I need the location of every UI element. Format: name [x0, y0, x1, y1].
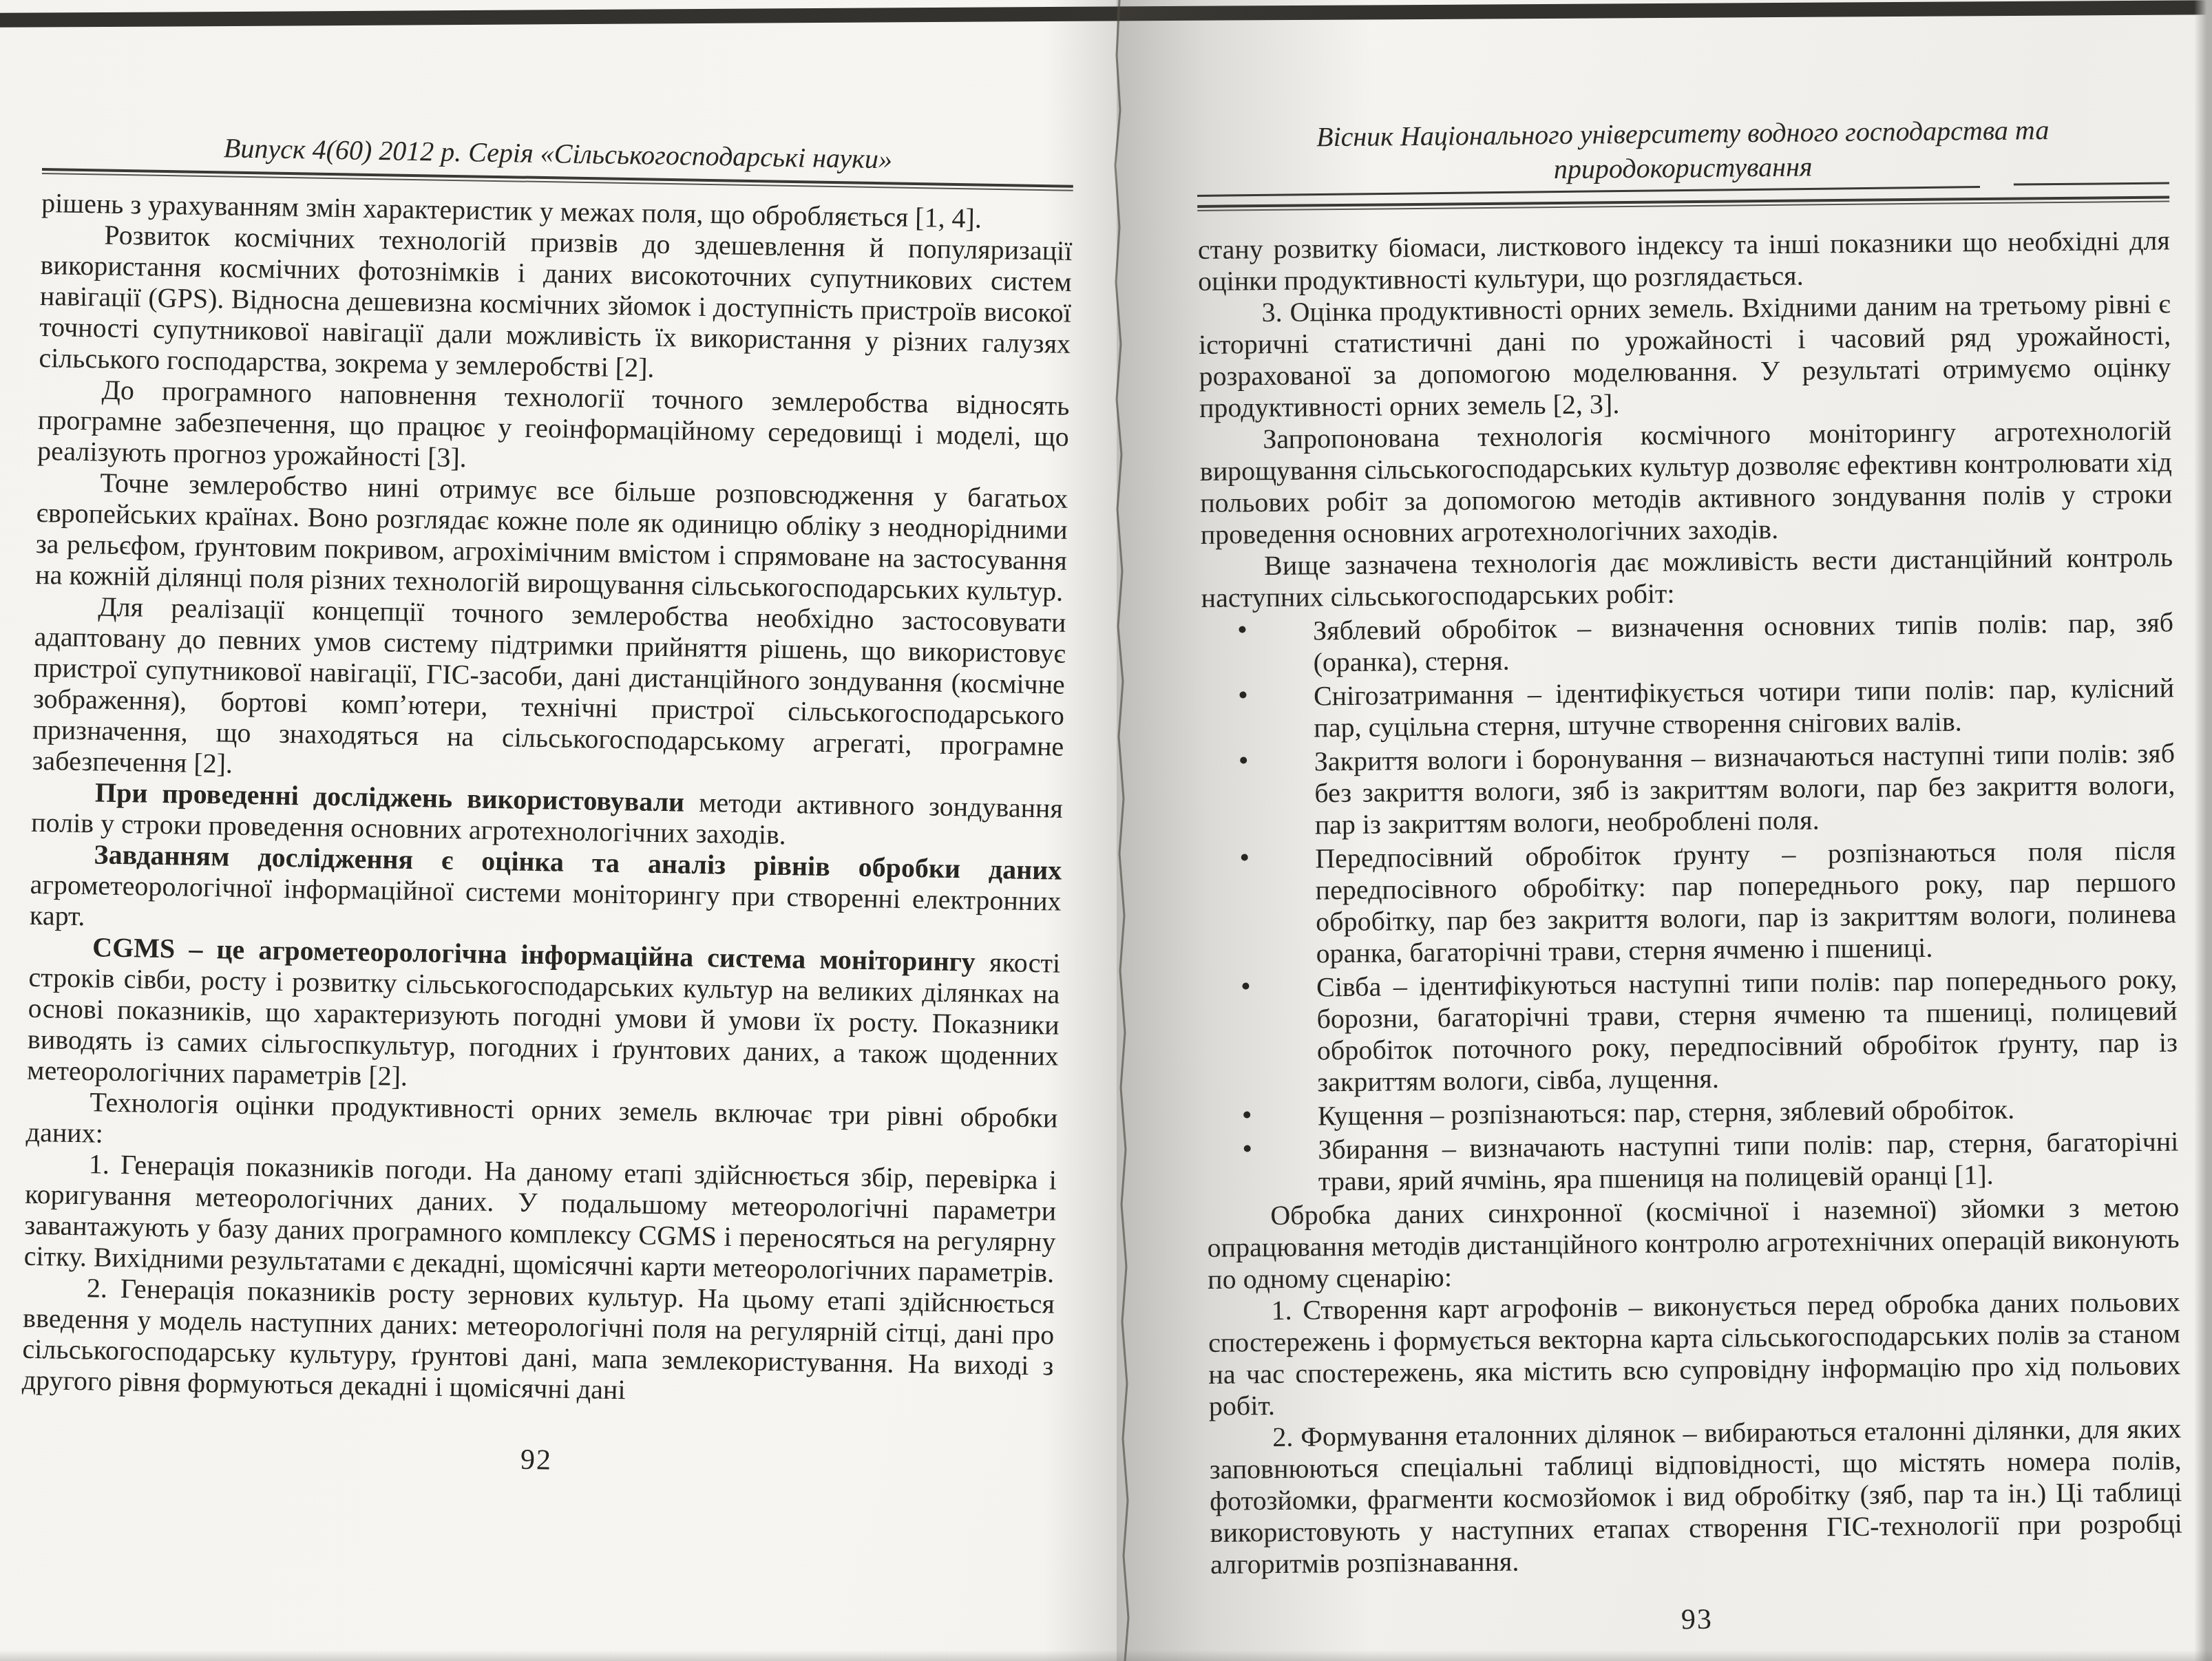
right-page-header: Вісник Національного університету водног…	[1197, 112, 2169, 190]
paragraph: Обробка даних синхронної (космічної і на…	[1207, 1191, 2180, 1295]
paragraph: Запропонована технологія космічного моні…	[1199, 414, 2173, 551]
field-work-list: Зяблевий обробіток – визначення основних…	[1201, 606, 2179, 1198]
page-number-left: 92	[21, 1435, 1053, 1485]
list-item: Збирання – визначають наступні типи полі…	[1206, 1125, 2179, 1198]
list-item: Снігозатримання – ідентифікується чотири…	[1202, 672, 2175, 745]
left-page-body: рішень з урахуванням змін характеристик …	[21, 187, 1073, 1413]
paragraph: 3. Оцінка продуктивності орних земель. В…	[1198, 288, 2171, 424]
paragraph: 2. Формування еталонних ділянок – вибира…	[1209, 1413, 2182, 1580]
scan-bottom-edge	[0, 1650, 2212, 1661]
right-page-body: стану розвитку біомаси, листкового індек…	[1198, 224, 2183, 1580]
right-page: Вісник Національного університету водног…	[1197, 112, 2183, 1640]
paragraph: Завданням дослідження є оцінка та аналіз…	[30, 838, 1062, 948]
paragraph: Точне землеробство нині отримує все біль…	[35, 466, 1068, 607]
page-number-right: 93	[1211, 1598, 2183, 1641]
paragraph: CGMS – це агрометеорологічна інформаційн…	[27, 931, 1061, 1103]
paragraph: 1. Створення карт агрофонів – виконуєтьс…	[1208, 1286, 2181, 1422]
right-header-rule	[1197, 195, 2169, 213]
paragraph: Розвиток космічних технологій призвів до…	[39, 218, 1073, 390]
paragraph: 2. Генерація показників росту зернових к…	[21, 1271, 1055, 1413]
scan-right-edge	[2194, 0, 2212, 1661]
list-item: Сівба – ідентифікуються наступні типи по…	[1205, 963, 2178, 1099]
book-scan: Випуск 4(60) 2012 р. Серія «Сільськогосп…	[0, 0, 2212, 1661]
paragraph: стану розвитку біомаси, листкового індек…	[1198, 224, 2171, 297]
paragraph: Для реалізації концепції точного землеро…	[32, 590, 1066, 793]
paragraph: 1. Генерація показників погоди. На даном…	[23, 1147, 1057, 1289]
list-item: Зяблевий обробіток – визначення основних…	[1201, 606, 2174, 679]
paragraph: Вище зазначена технологія дає можливість…	[1201, 541, 2173, 614]
fold-line	[1099, 0, 1147, 1661]
paragraph: До програмного наповнення технології точ…	[37, 373, 1070, 483]
left-page: Випуск 4(60) 2012 р. Серія «Сільськогосп…	[21, 128, 1074, 1485]
list-item: Закриття вологи і боронування – визначаю…	[1203, 737, 2176, 842]
list-item: Передпосівний обробіток ґрунту – розпізн…	[1203, 834, 2177, 971]
